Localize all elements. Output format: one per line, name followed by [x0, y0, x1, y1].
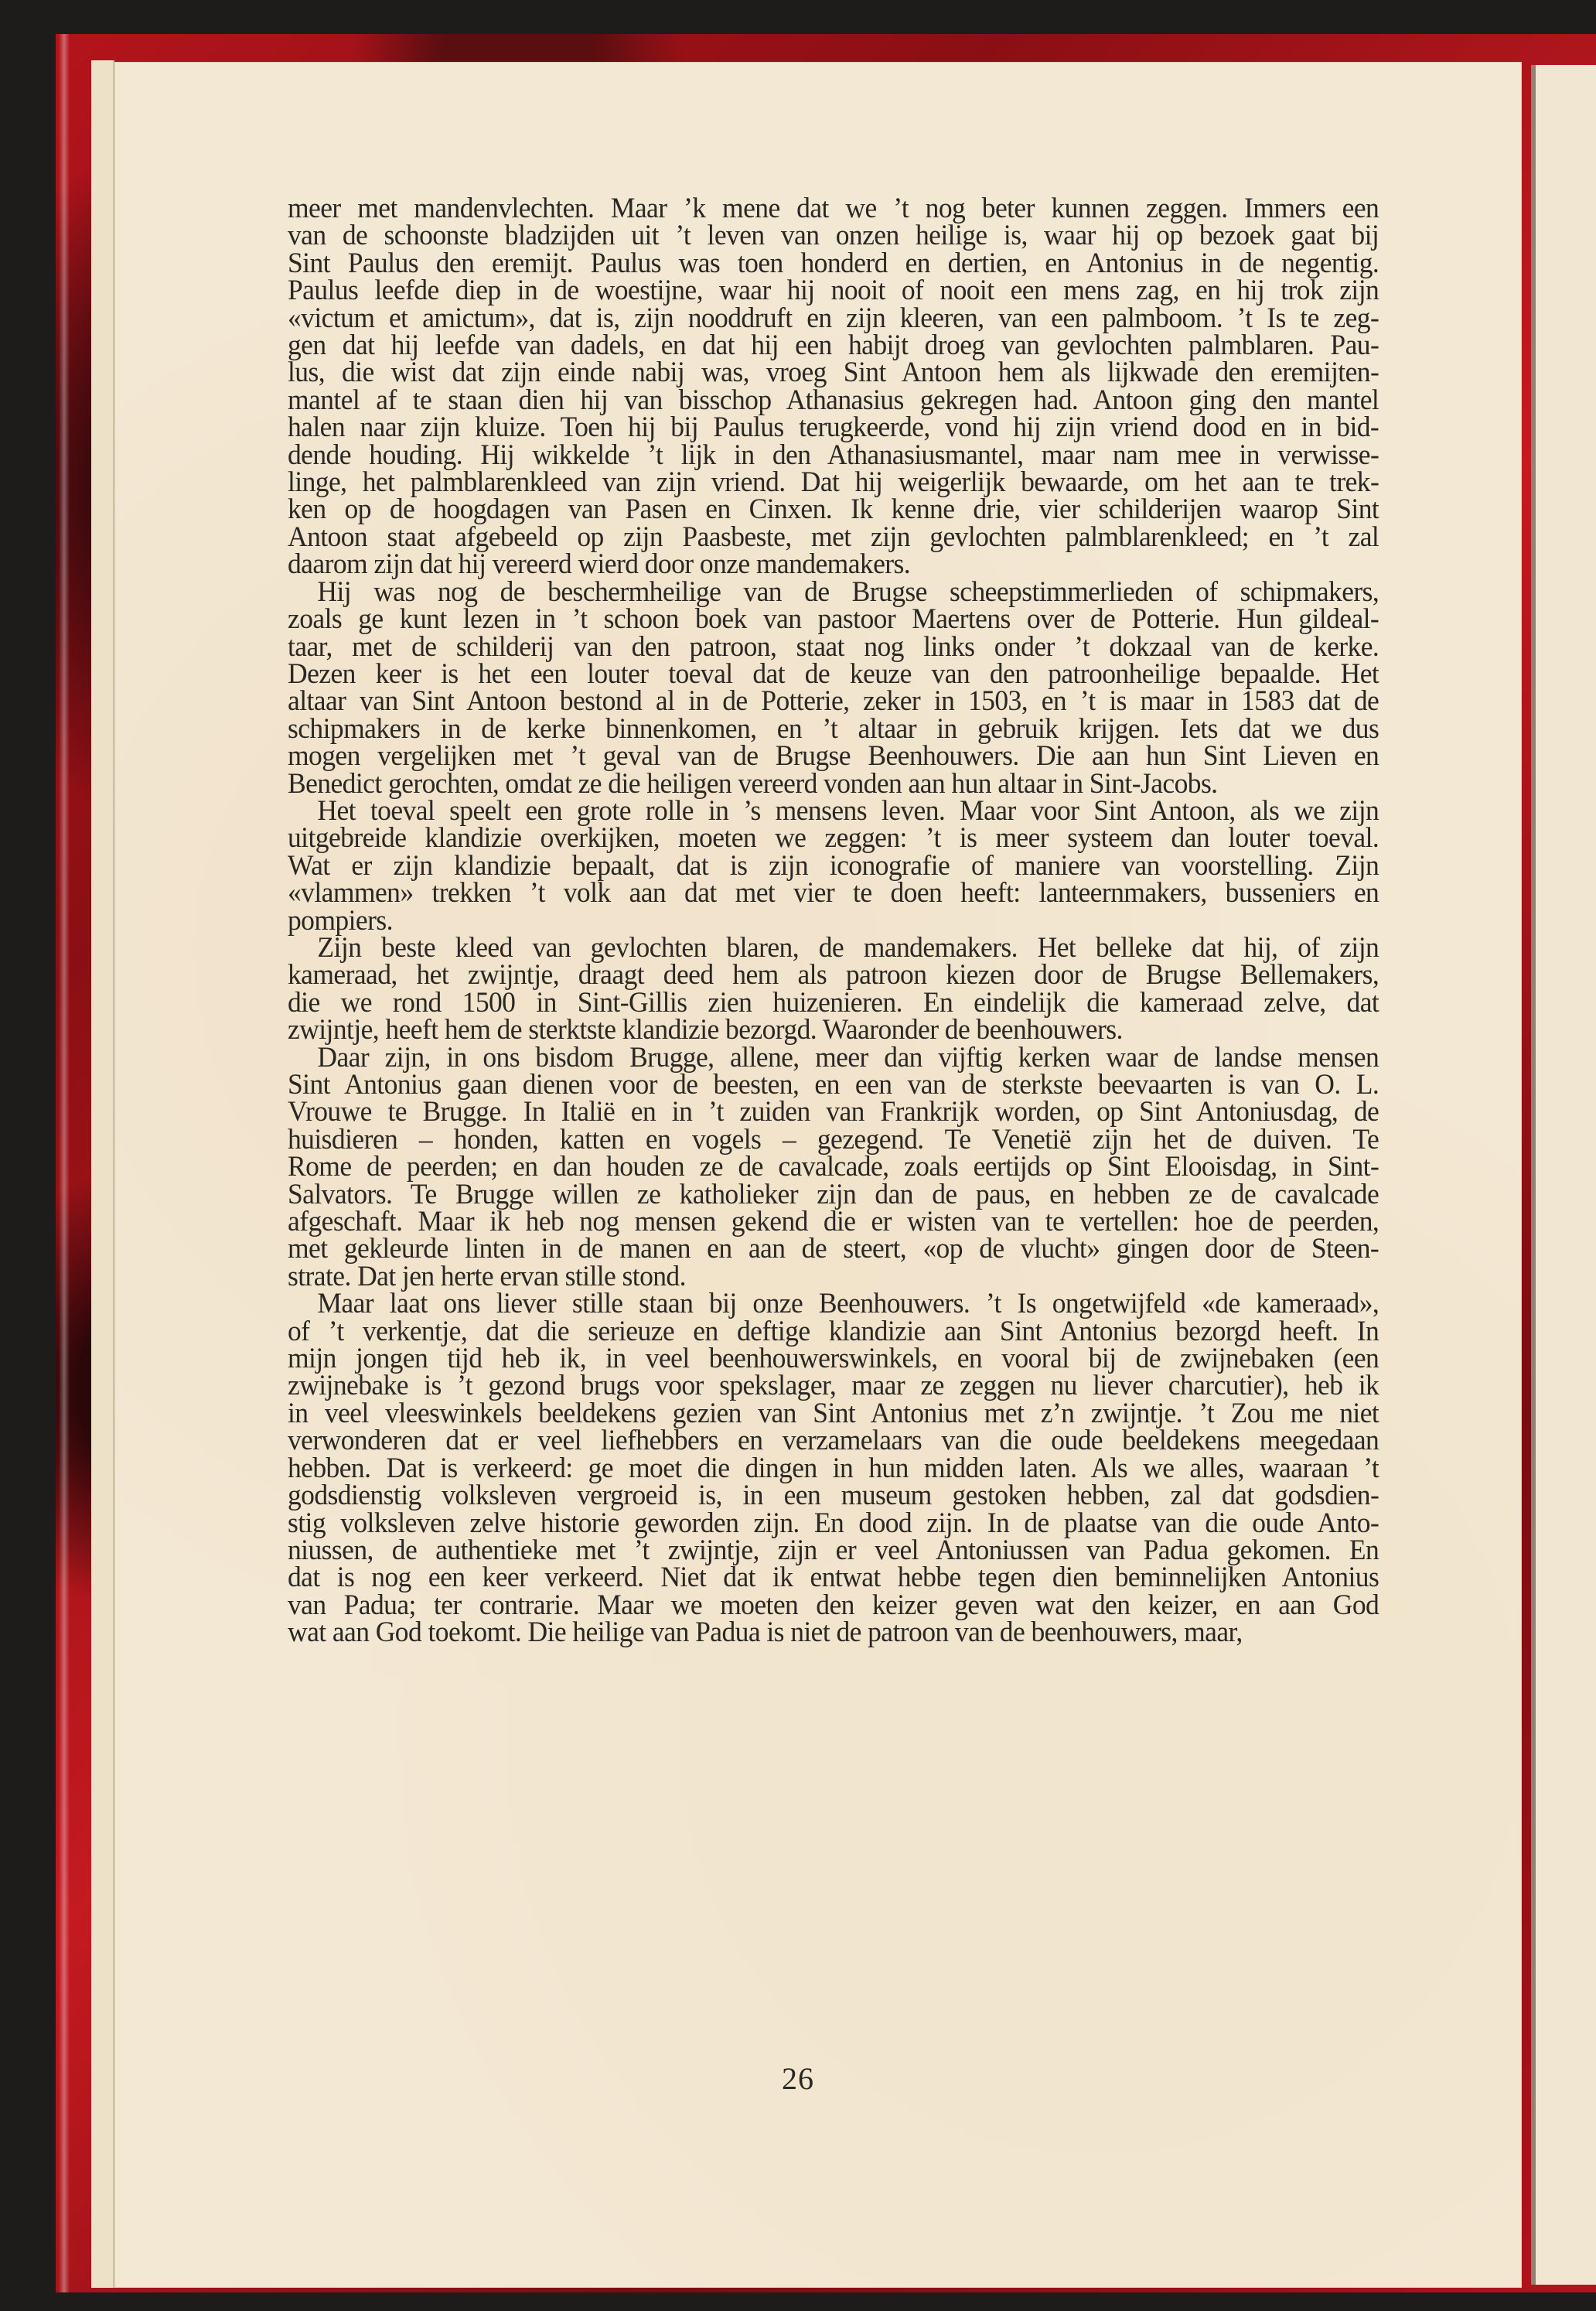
plastic-wrap-glare	[59, 34, 70, 2292]
text-line: ken op de hoogdagen van Pasen en Cinxen.…	[288, 496, 1379, 523]
text-line: Antoon staat afgebeeld op zijn Paasbeste…	[288, 524, 1379, 551]
text-line: zwijntje, heeft hem de sterktste klandiz…	[288, 1016, 1379, 1043]
text-line: huisdieren – honden, katten en vogels – …	[288, 1126, 1379, 1153]
text-line: van de schoonste bladzijden uit ’t leven…	[288, 222, 1379, 249]
text-line: altaar van Sint Antoon bestond al in de …	[288, 688, 1379, 715]
text-line: dat is nog een keer verkeerd. Niet dat i…	[288, 1564, 1379, 1591]
page-number: 26	[0, 2060, 1596, 2097]
text-line: Maar laat ons liever stille staan bij on…	[288, 1290, 1379, 1317]
paragraph: Maar laat ons liever stille staan bij on…	[288, 1290, 1379, 1646]
text-line: schipmakers in de kerke binnenkomen, en …	[288, 715, 1379, 742]
text-line: kameraad, het zwijntje, draagt deed hem …	[288, 961, 1379, 988]
text-line: lus, die wist dat zijn einde nabij was, …	[288, 359, 1379, 386]
text-line: godsdienstig volksleven vergroeid is, in…	[288, 1482, 1379, 1509]
text-line: Zijn beste kleed van gevlochten blaren, …	[288, 934, 1379, 961]
text-line: uitgebreide klandizie overkijken, moeten…	[288, 824, 1379, 852]
text-line: «victum et amictum», dat is, zijn nooddr…	[288, 305, 1379, 332]
text-line: halen naar zijn kluize. Toen hij bij Pau…	[288, 414, 1379, 441]
text-line: pompiers.	[288, 907, 1379, 934]
page-stack-edge	[104, 60, 114, 2288]
text-line: of ’t verkentje, dat die serieuze en def…	[288, 1318, 1379, 1345]
text-line: met gekleurde linten in de manen en aan …	[288, 1235, 1379, 1262]
text-line: Dezen keer is het een louter toeval dat …	[288, 661, 1379, 688]
text-line: Rome de peerden; en dan houden ze de cav…	[288, 1153, 1379, 1180]
text-line: Sint Antonius gaan dienen voor de beeste…	[288, 1071, 1379, 1098]
body-text: meer met mandenvlechten. Maar ’k mene da…	[288, 195, 1379, 1647]
paragraph: Zijn beste kleed van gevlochten blaren, …	[288, 934, 1379, 1044]
text-line: afgeschaft. Maar ik heb nog mensen geken…	[288, 1208, 1379, 1235]
text-line: stig volksleven zelve historie geworden …	[288, 1510, 1379, 1537]
text-line: in veel vleeswinkels beeldekens gezien v…	[288, 1400, 1379, 1427]
text-line: Hij was nog de beschermheilige van de Br…	[288, 579, 1379, 606]
paragraph: Daar zijn, in ons bisdom Brugge, allene,…	[288, 1044, 1379, 1291]
text-line: zwijnebake is ’t gezond brugs voor speks…	[288, 1372, 1379, 1399]
text-line: strate. Dat jen herte ervan stille stond…	[288, 1263, 1379, 1290]
paragraph: meer met mandenvlechten. Maar ’k mene da…	[288, 195, 1379, 579]
next-page-edge	[1531, 65, 1596, 2285]
text-line: daarom zijn dat hij vereerd wierd door o…	[288, 551, 1379, 578]
text-line: wat aan God toekomt. Die heilige van Pad…	[288, 1619, 1379, 1646]
text-line: die we rond 1500 in Sint-Gillis zien hui…	[288, 989, 1379, 1016]
text-line: Daar zijn, in ons bisdom Brugge, allene,…	[288, 1044, 1379, 1071]
text-line: mantel af te staan dien hij van bisschop…	[288, 387, 1379, 414]
text-line: Benedict gerochten, omdat ze die heilige…	[288, 770, 1379, 797]
text-line: mijn jongen tijd heb ik, in veel beenhou…	[288, 1345, 1379, 1372]
text-line: hebben. Dat is verkeerd: ge moet die din…	[288, 1455, 1379, 1482]
text-line: verwonderen dat er veel liefhebbers en v…	[288, 1427, 1379, 1454]
text-line: Salvators. Te Brugge willen ze katholiek…	[288, 1181, 1379, 1208]
text-line: Sint Paulus den eremijt. Paulus was toen…	[288, 250, 1379, 277]
text-line: Wat er zijn klandizie bepaalt, dat is zi…	[288, 852, 1379, 879]
text-line: mogen vergelijken met ’t geval van de Br…	[288, 742, 1379, 770]
text-line: «vlammen» trekken ’t volk aan dat met vi…	[288, 879, 1379, 906]
text-line: taar, met de schilderij van den patroon,…	[288, 633, 1379, 661]
text-line: Het toeval speelt een grote rolle in ’s …	[288, 797, 1379, 824]
text-line: meer met mandenvlechten. Maar ’k mene da…	[288, 195, 1379, 222]
text-line: van Padua; ter contrarie. Maar we moeten…	[288, 1592, 1379, 1619]
paragraph: Hij was nog de beschermheilige van de Br…	[288, 579, 1379, 797]
text-line: gen dat hij leefde van dadels, en dat hi…	[288, 332, 1379, 359]
text-line: zoals ge kunt lezen in ’t schoon boek va…	[288, 606, 1379, 633]
text-line: Vrouwe te Brugge. In Italië en in ’t zui…	[288, 1098, 1379, 1125]
text-line: linge, het palmblarenkleed van zijn vrie…	[288, 469, 1379, 496]
text-line: dende houding. Hij wikkelde ’t lijk in d…	[288, 442, 1379, 469]
text-line: niussen, de authentieke met ’t zwijntje,…	[288, 1537, 1379, 1564]
text-line: Paulus leefde diep in de woestijne, waar…	[288, 277, 1379, 304]
paragraph: Het toeval speelt een grote rolle in ’s …	[288, 797, 1379, 934]
